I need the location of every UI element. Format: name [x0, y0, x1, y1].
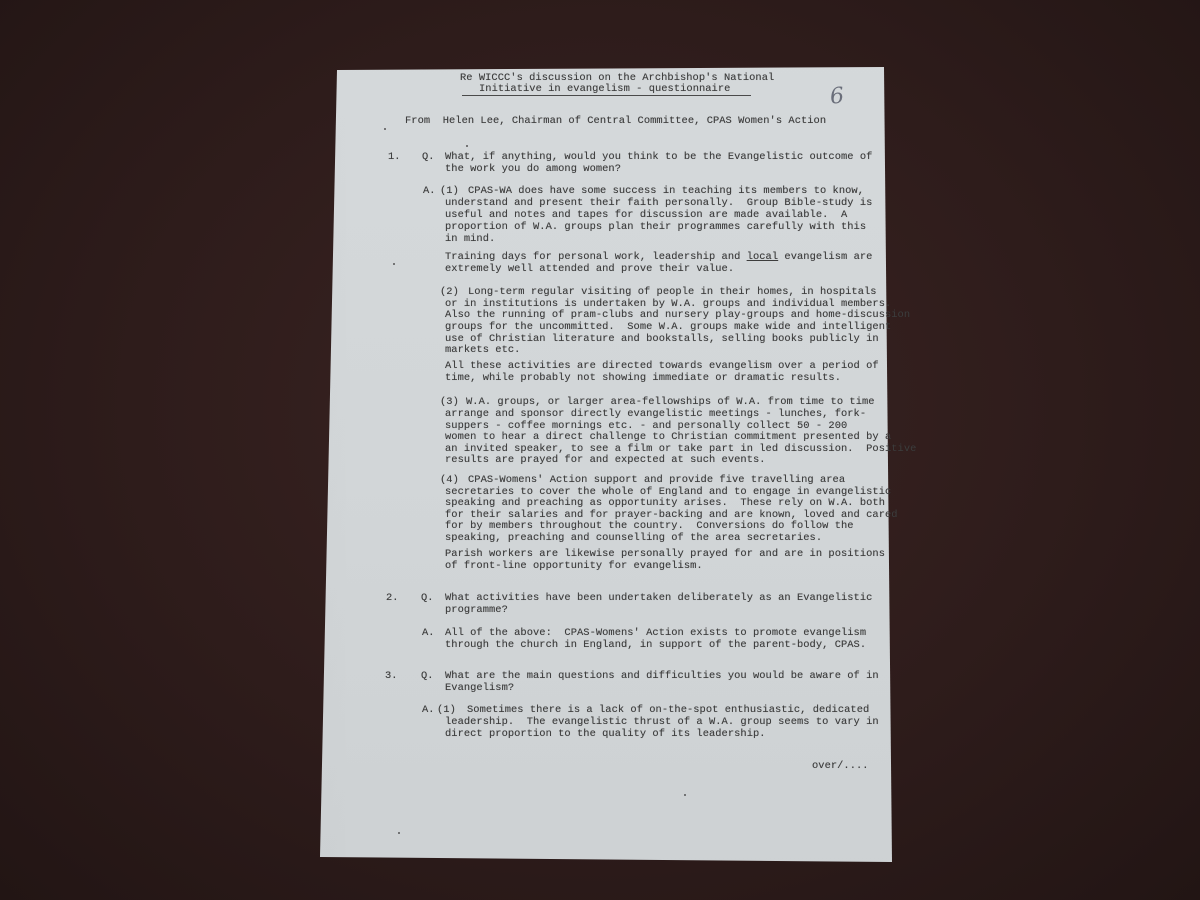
- answer-1-1-line: understand and present their faith perso…: [445, 197, 872, 209]
- question-2-q-label: Q.: [421, 592, 434, 604]
- answer-3-1-label: (1): [437, 704, 456, 716]
- question-3-q-label: Q.: [421, 670, 434, 682]
- answer-1-4-label: (4): [440, 474, 459, 486]
- handwritten-page-number: 6: [829, 83, 846, 109]
- answer-1-3-line: women to hear a direct challenge to Chri…: [445, 431, 891, 443]
- answer-2-a-label: A.: [422, 627, 435, 639]
- answer-3-1-line: Sometimes there is a lack of on-the-spot…: [467, 704, 869, 716]
- underlined-word-local: local: [747, 251, 778, 263]
- question-3-text-line-1: What are the main questions and difficul…: [445, 670, 879, 682]
- question-2-text-line-2: programme?: [445, 604, 508, 616]
- answer-3-a-label: A.: [422, 704, 435, 716]
- answer-1-1-followup-line-2: extremely well attended and prove their …: [445, 263, 734, 275]
- answer-1-4-line: CPAS-Womens' Action support and provide …: [468, 474, 845, 486]
- answer-1-2-label: (2): [440, 286, 459, 298]
- answer-1-4-line: speaking and preaching as opportunity ar…: [445, 497, 885, 509]
- answer-1-2-line: groups for the uncommitted. Some W.A. gr…: [445, 321, 891, 333]
- title-underline: [462, 95, 751, 96]
- answer-1-4-line: speaking, preaching and counselling of t…: [445, 532, 822, 544]
- answer-1-3-line: arrange and sponsor directly evangelisti…: [445, 408, 866, 420]
- answer-1-1-label: (1): [440, 185, 459, 197]
- answer-1-3-line: results are prayed for and expected at s…: [445, 454, 766, 466]
- answer-1-1-line: useful and notes and tapes for discussio…: [445, 209, 847, 221]
- answer-1-1-line: proportion of W.A. groups plan their pro…: [445, 221, 866, 233]
- answer-1-4-line: for by members throughout the country. C…: [445, 520, 854, 532]
- paper-speck: [684, 794, 686, 796]
- question-3-text-line-2: Evangelism?: [445, 682, 514, 694]
- paper-speck: [466, 145, 468, 147]
- continuation-marker: over/....: [812, 760, 869, 772]
- question-1-number: 1.: [388, 151, 401, 163]
- answer-1-2-line: Long-term regular visiting of people in …: [468, 286, 877, 298]
- answer-1-2-line: Also the running of pram-clubs and nurse…: [445, 309, 910, 321]
- question-2-text-line-1: What activities have been undertaken del…: [445, 592, 872, 604]
- answer-2-line: All of the above: CPAS-Womens' Action ex…: [445, 627, 866, 639]
- answer-1-3-label: (3): [440, 396, 459, 408]
- answer-1-4-followup: Parish workers are likewise personally p…: [445, 548, 885, 560]
- answer-2-line: through the church in England, in suppor…: [445, 639, 866, 651]
- question-2-number: 2.: [386, 592, 399, 604]
- answer-1-3-line: W.A. groups, or larger area-fellowships …: [466, 396, 875, 408]
- followup-text: evangelism are: [778, 251, 872, 263]
- answer-1-1-line: CPAS-WA does have some success in teachi…: [468, 185, 864, 197]
- question-1-text-line-2: the work you do among women?: [445, 163, 621, 175]
- document-title-line-2: Initiative in evangelism - questionnaire: [479, 83, 730, 95]
- answer-3-1-line: direct proportion to the quality of its …: [445, 728, 766, 740]
- question-1-text-line-1: What, if anything, would you think to be…: [445, 151, 872, 163]
- paper-speck: [384, 128, 386, 130]
- question-3-number: 3.: [385, 670, 398, 682]
- answer-1-a-label: A.: [423, 185, 436, 197]
- question-1-q-label: Q.: [422, 151, 435, 163]
- answer-3-1-line: leadership. The evangelistic thrust of a…: [445, 716, 879, 728]
- paper-speck: [393, 263, 395, 265]
- answer-1-2-line: markets etc.: [445, 344, 520, 356]
- answer-1-1-followup-line-1: Training days for personal work, leaders…: [445, 251, 872, 263]
- answer-1-1-line: in mind.: [445, 233, 495, 245]
- followup-text: Training days for personal work, leaders…: [445, 251, 747, 263]
- answer-1-2-followup: All these activities are directed toward…: [445, 360, 879, 372]
- answer-1-2-followup: time, while probably not showing immedia…: [445, 372, 841, 384]
- answer-1-4-followup: of front-line opportunity for evangelism…: [445, 560, 703, 572]
- paper-speck: [398, 832, 400, 834]
- from-line: From Helen Lee, Chairman of Central Comm…: [405, 115, 826, 127]
